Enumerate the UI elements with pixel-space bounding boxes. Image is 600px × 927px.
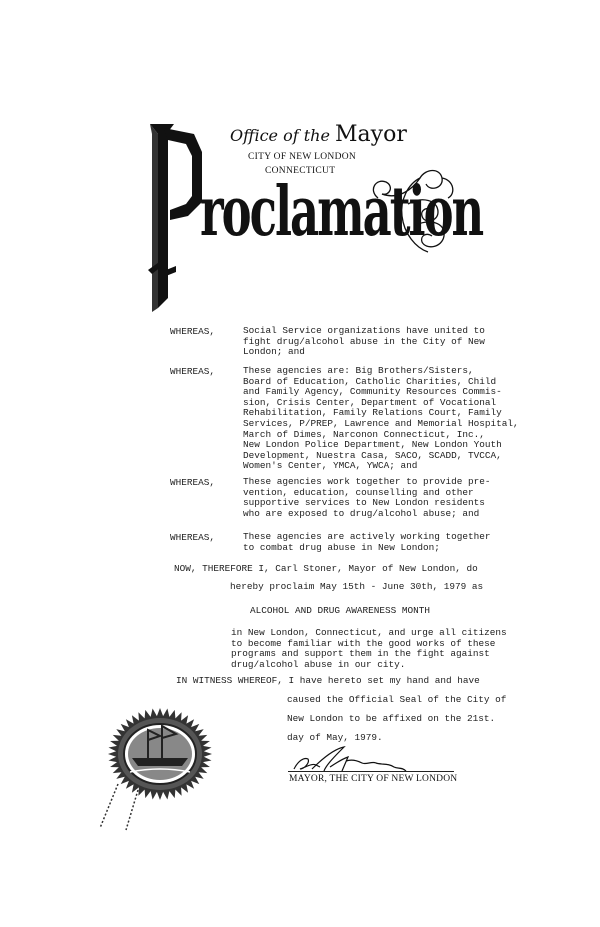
city-name: CITY OF NEW LONDON [248,152,356,162]
office-title: Office of the Mayor [230,122,407,147]
office-name: Mayor [335,122,407,147]
signature-caption: MAYOR, THE CITY OF NEW LONDON [289,774,457,784]
witness-line-4: day of May, 1979. [287,733,383,744]
clause-label: WHEREAS, [170,366,215,377]
witness-line-1: IN WITNESS WHEREOF, I have hereto set my… [176,676,480,687]
observance-title: ALCOHOL AND DRUG AWARENESS MONTH [250,606,430,617]
clause-text: These agencies work together to provide … [243,477,491,519]
clause-text: These agencies are actively working toge… [243,532,491,553]
witness-line-3: New London to be affixed on the 21st. [287,714,495,725]
clause-label: WHEREAS, [170,326,215,337]
flourish-ornament-icon [368,160,458,256]
proclamation-body: in New London, Connecticut, and urge all… [231,628,507,670]
clause-text: Social Service organizations have united… [243,326,485,358]
witness-line-2: caused the Official Seal of the City of [287,695,506,706]
proclamation-page: Office of the Mayor CITY OF NEW LONDON C… [0,0,600,927]
city-seal-icon [98,696,238,836]
clause-text: These agencies are: Big Brothers/Sisters… [243,366,519,472]
signature-line [288,771,454,772]
office-prefix: Office of the [230,126,335,145]
proclamation-line-1: NOW, THEREFORE I, Carl Stoner, Mayor of … [174,564,478,575]
proclamation-line-2: hereby proclaim May 15th - June 30th, 19… [230,582,483,593]
clause-label: WHEREAS, [170,477,215,488]
clause-label: WHEREAS, [170,532,215,543]
